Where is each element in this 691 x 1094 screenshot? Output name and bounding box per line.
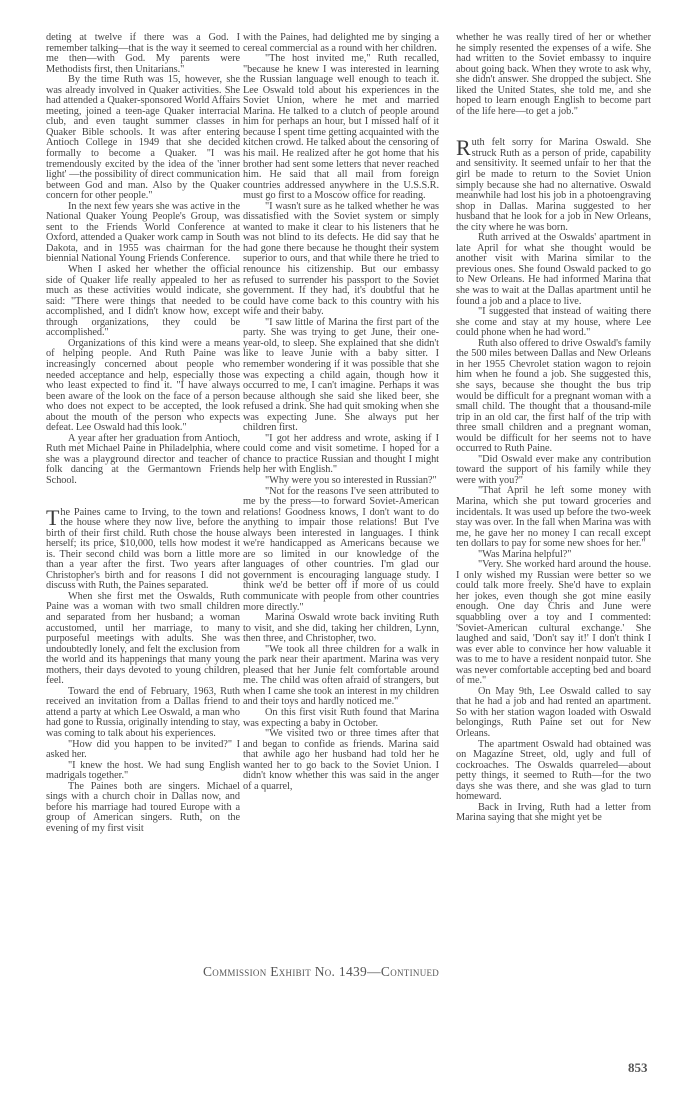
paragraph: "I suggested that instead of waiting the…: [456, 307, 651, 339]
paragraph: "Did Oswald ever make any contribution t…: [456, 455, 651, 487]
paragraph: "I saw little of Marina the first part o…: [243, 318, 439, 434]
paragraph-text: The Paines both are singers. Michael sin…: [46, 781, 240, 834]
paragraph: deting at twelve if there was a God. I r…: [46, 33, 240, 75]
paragraph-text: Back in Irving, Ruth had a letter from M…: [456, 802, 651, 824]
paragraph-text: Ruth arrived at the Oswalds' apartment i…: [456, 232, 651, 306]
paragraph: In the next few years she was active in …: [46, 202, 240, 265]
paragraph: When she first met the Oswalds, Ruth Pai…: [46, 592, 240, 687]
paragraph-text: "Why were you so interested in Russian?": [265, 475, 437, 486]
paragraph: The apartment Oswald had obtained was on…: [456, 740, 651, 803]
paragraph: On this first visit Ruth found that Mari…: [243, 708, 439, 729]
paragraph-text: he Paines came to Irving, to the town an…: [46, 507, 240, 592]
paragraph: "We visited two or three times after tha…: [243, 729, 439, 792]
paragraph-text: "Not for the reasons I've seen attribute…: [243, 486, 439, 613]
paragraph: The Paines both are singers. Michael sin…: [46, 782, 240, 835]
paragraph: Organizations of this kind were a means …: [46, 339, 240, 434]
paragraph: "The host invited me," Ruth recalled, "b…: [243, 54, 439, 202]
paragraph: "Not for the reasons I've seen attribute…: [243, 487, 439, 614]
paragraph: Ruth also offered to drive Oswald's fami…: [456, 339, 651, 455]
paragraph: "I got her address and wrote, asking if …: [243, 434, 439, 476]
paragraph-text: Organizations of this kind were a means …: [46, 338, 240, 433]
paragraph-text: "I wasn't sure as he talked whether he w…: [243, 201, 439, 317]
section-break: [456, 117, 651, 138]
paragraph: A year after her graduation from Antioch…: [46, 434, 240, 487]
paragraph-text: Ruth also offered to drive Oswald's fami…: [456, 338, 651, 454]
paragraph-text: "I got her address and wrote, asking if …: [243, 433, 439, 476]
paragraph-text: The apartment Oswald had obtained was on…: [456, 739, 651, 803]
paragraph-text: In the next few years she was active in …: [46, 201, 240, 265]
paragraph-text: When I asked her whether the official si…: [46, 264, 240, 338]
paragraph-text: "We visited two or three times after tha…: [243, 728, 439, 792]
paragraph: Ruth felt sorry for Marina Oswald. She s…: [456, 138, 651, 233]
exhibit-caption: Commission Exhibit No. 1439—Continued: [203, 964, 439, 980]
paragraph: "I knew the host. We had sung English ma…: [46, 761, 240, 782]
paragraph-text: A year after her graduation from Antioch…: [46, 433, 240, 486]
paragraph: "I wasn't sure as he talked whether he w…: [243, 202, 439, 318]
paragraph-text: with the Paines, had delighted me by sin…: [243, 32, 439, 54]
paragraph-text: "How did you happen to be invited?" I as…: [46, 739, 240, 761]
paragraph-text: On May 9th, Lee Oswald called to say tha…: [456, 686, 651, 739]
paragraph-text: By the time Ruth was 15, however, she wa…: [46, 74, 240, 201]
paragraph-text: uth felt sorry for Marina Oswald. She st…: [456, 137, 651, 232]
paragraph-text: "I saw little of Marina the first part o…: [243, 317, 439, 433]
document-page: deting at twelve if there was a God. I r…: [0, 0, 691, 1094]
paragraph-text: "Was Marina helpful?": [478, 549, 571, 560]
paragraph: Back in Irving, Ruth had a letter from M…: [456, 803, 651, 824]
paragraph-text: "Did Oswald ever make any contribution t…: [456, 454, 651, 486]
paragraph-text: whether he was really tired of her or wh…: [456, 32, 651, 117]
paragraph: whether he was really tired of her or wh…: [456, 33, 651, 117]
paragraph: By the time Ruth was 15, however, she wa…: [46, 75, 240, 202]
text-column-1: deting at twelve if there was a God. I r…: [46, 33, 240, 834]
paragraph: "How did you happen to be invited?" I as…: [46, 740, 240, 761]
paragraph: "That April he left some money with Mari…: [456, 486, 651, 549]
paragraph: Marina Oswald wrote back inviting Ruth t…: [243, 613, 439, 645]
paragraph: On May 9th, Lee Oswald called to say tha…: [456, 687, 651, 740]
paragraph-text: On this first visit Ruth found that Mari…: [243, 707, 439, 729]
paragraph-text: Toward the end of February, 1963, Ruth r…: [46, 686, 240, 739]
text-column-2: with the Paines, had delighted me by sin…: [243, 33, 439, 792]
paragraph-text: deting at twelve if there was a God. I r…: [46, 32, 240, 75]
paragraph-text: "We took all three children for a walk i…: [243, 644, 439, 708]
text-column-3: whether he was really tired of her or wh…: [456, 33, 651, 824]
paragraph-text: Marina Oswald wrote back inviting Ruth t…: [243, 612, 439, 644]
paragraph: When I asked her whether the official si…: [46, 265, 240, 339]
paragraph: with the Paines, had delighted me by sin…: [243, 33, 439, 54]
paragraph-text: "That April he left some money with Mari…: [456, 485, 651, 549]
paragraph-text: "Very. She worked hard around the house.…: [456, 559, 651, 686]
paragraph: "We took all three children for a walk i…: [243, 645, 439, 708]
paragraph-text: "I suggested that instead of waiting the…: [456, 306, 651, 338]
paragraph-text: "I knew the host. We had sung English ma…: [46, 760, 240, 782]
paragraph: "Very. She worked hard around the house.…: [456, 560, 651, 687]
section-break: [46, 487, 240, 508]
page-number: 853: [628, 1060, 648, 1076]
paragraph-text: "The host invited me," Ruth recalled, "b…: [243, 53, 439, 201]
paragraph: Toward the end of February, 1963, Ruth r…: [46, 687, 240, 740]
paragraph: Ruth arrived at the Oswalds' apartment i…: [456, 233, 651, 307]
paragraph-text: When she first met the Oswalds, Ruth Pai…: [46, 591, 240, 686]
drop-cap: T: [46, 509, 59, 527]
paragraph: The Paines came to Irving, to the town a…: [46, 508, 240, 592]
drop-cap: R: [456, 139, 471, 157]
